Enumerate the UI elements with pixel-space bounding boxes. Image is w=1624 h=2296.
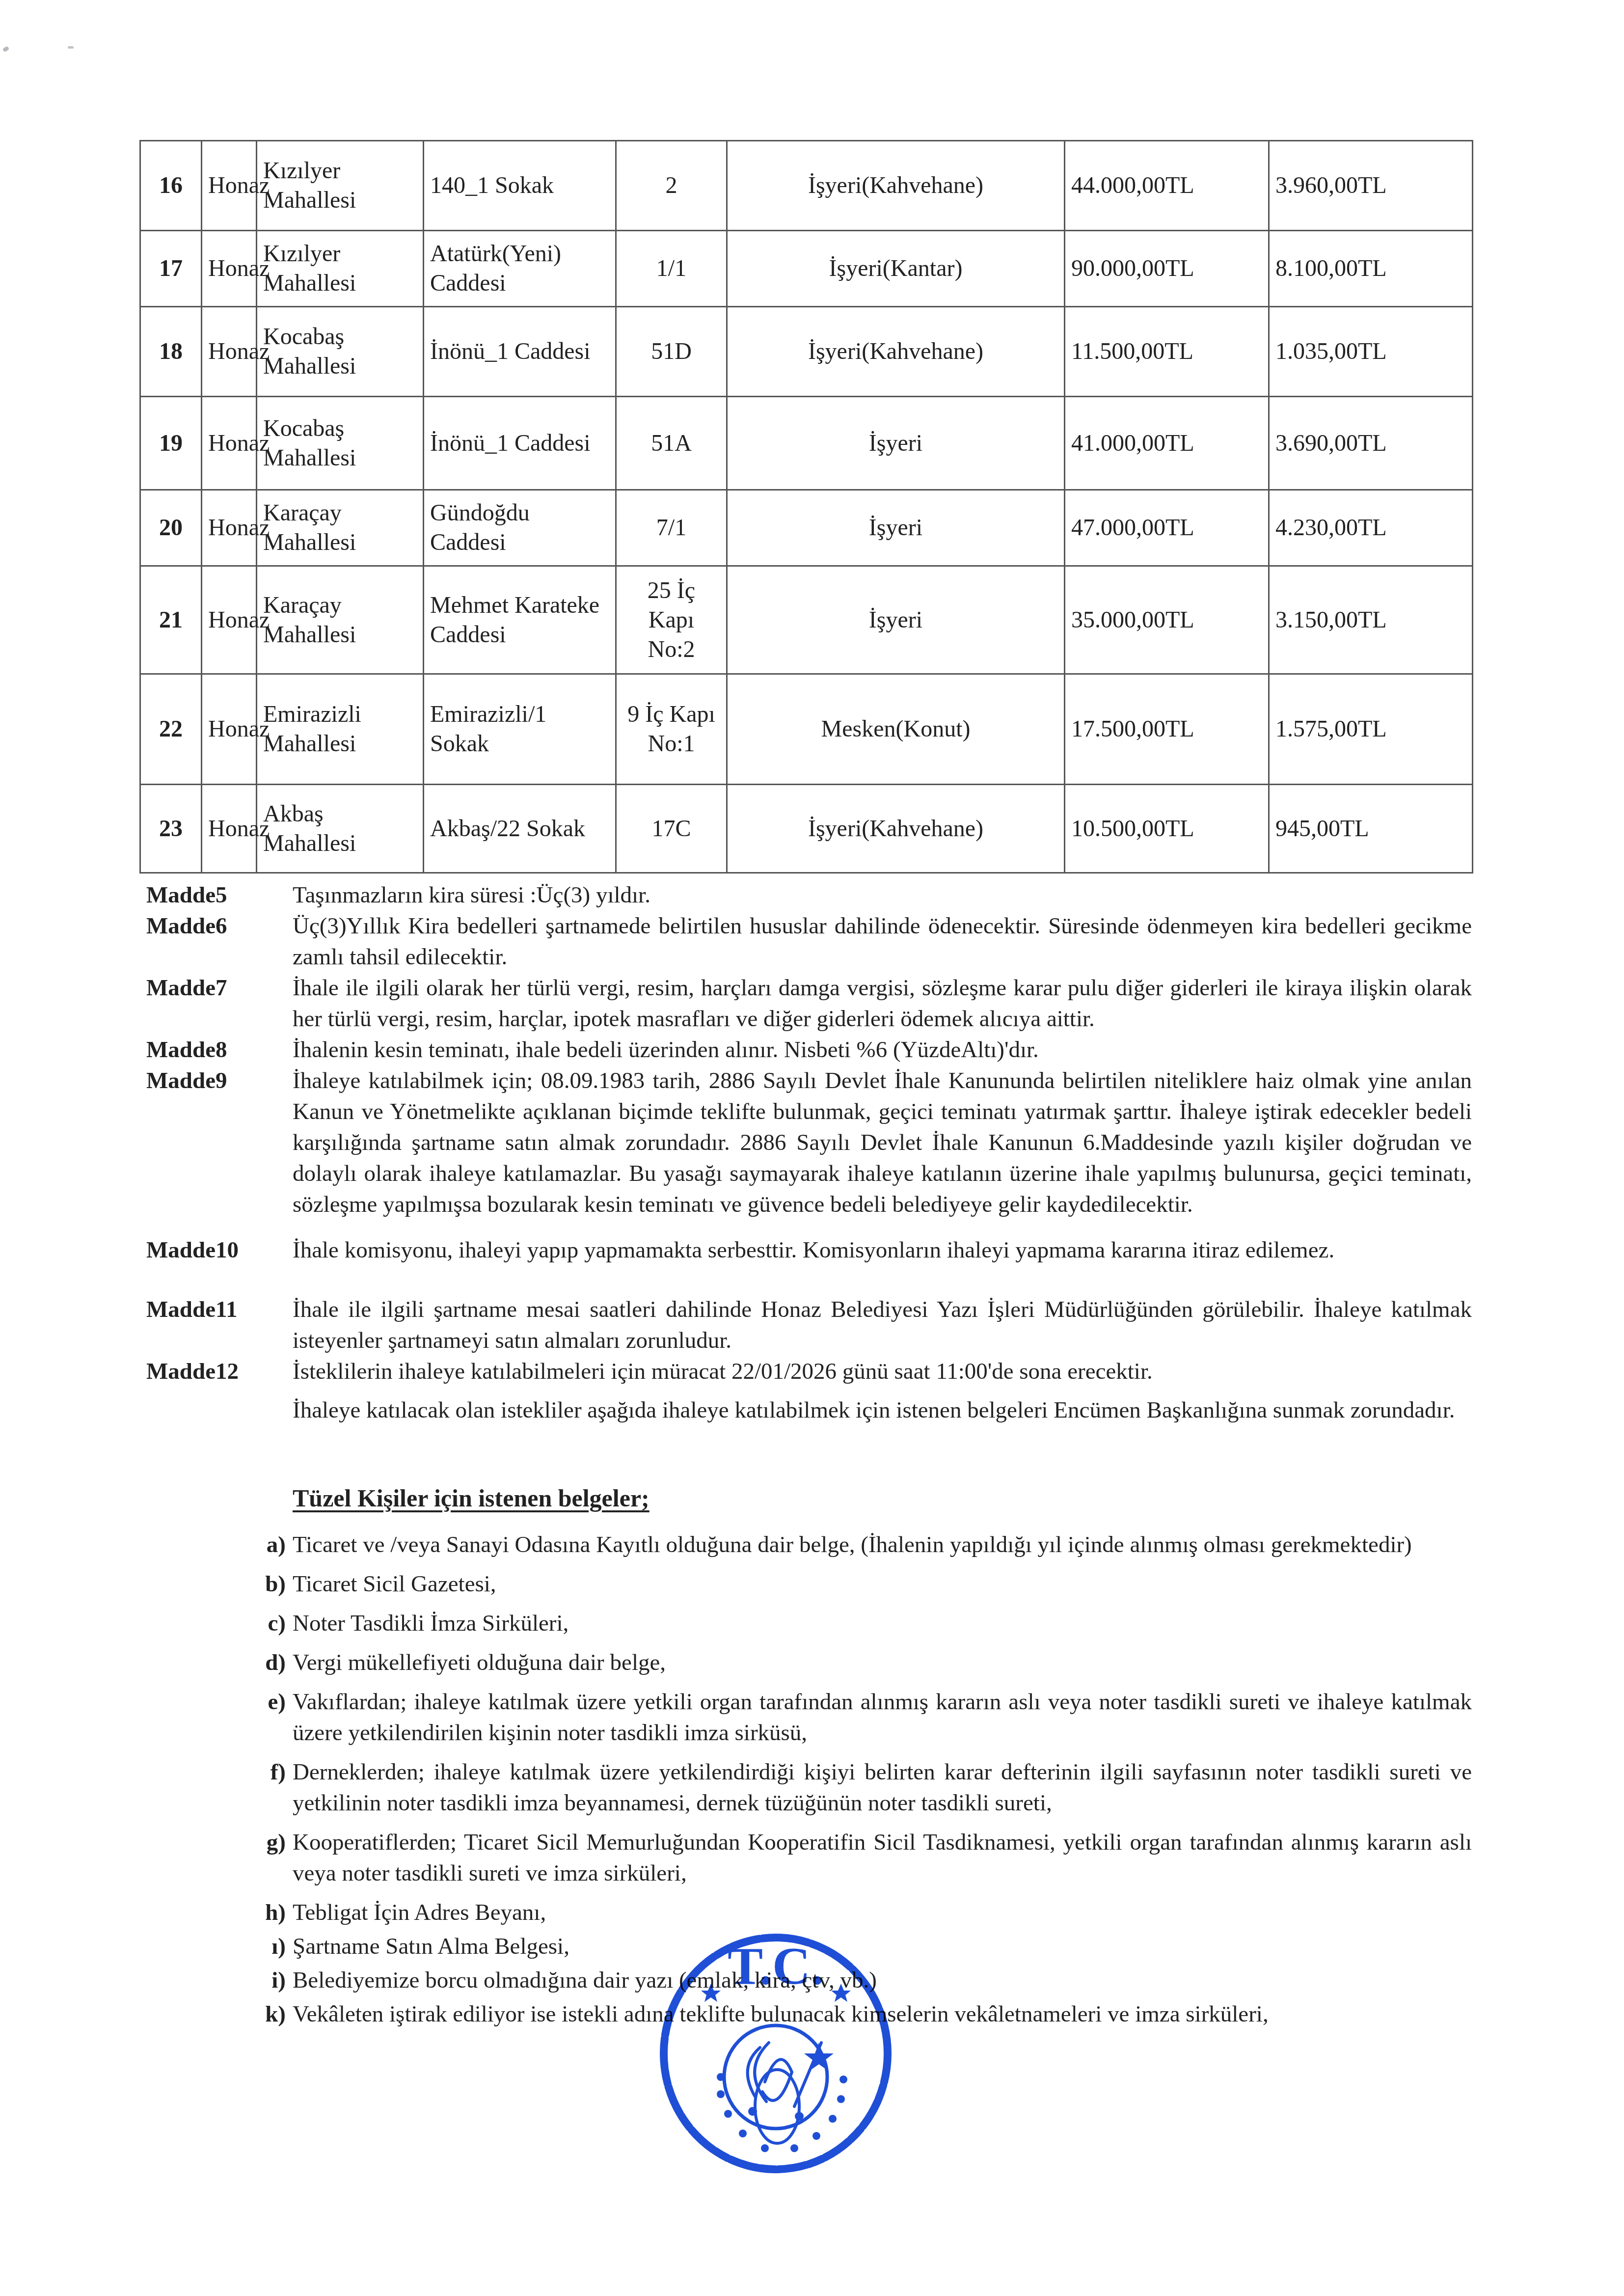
requirement-item: a)Ticaret ve /veya Sanayi Odasına Kayıtl… [236, 1530, 1472, 1560]
article-text: İsteklilerin ihaleye katılabilmeleri içi… [293, 1356, 1472, 1426]
article-label: Madde12 [146, 1356, 293, 1426]
requirement-text: Ticaret Sicil Gazetesi, [293, 1569, 1472, 1600]
property-table: 16HonazKızılyer Mahallesi140_1 Sokak2İşy… [139, 140, 1473, 874]
door-number-cell: 25 İç Kapı No:2 [616, 566, 727, 674]
neighborhood-cell: Karaçay Mahallesi [257, 566, 424, 674]
requirement-text: Ticaret ve /veya Sanayi Odasına Kayıtlı … [293, 1530, 1472, 1560]
district-cell: Honaz [202, 141, 257, 231]
neighborhood-cell: Kızılyer Mahallesi [257, 141, 424, 231]
district-cell: Honaz [202, 307, 257, 397]
requirement-item: c)Noter Tasdikli İmza Sirküleri, [236, 1608, 1472, 1639]
requirement-letter: f) [236, 1757, 293, 1819]
door-number-cell: 9 İç Kapı No:1 [616, 674, 727, 785]
deposit-cell: 945,00TL [1269, 785, 1473, 873]
row-number: 20 [140, 490, 202, 566]
article-label: Madde6 [146, 911, 293, 973]
district-cell: Honaz [202, 397, 257, 490]
street-cell: İnönü_1 Caddesi [424, 397, 616, 490]
table-row: 22HonazEmirazizli MahallesiEmirazizli/1 … [140, 674, 1473, 785]
scan-artifact [68, 46, 74, 49]
district-cell: Honaz [202, 674, 257, 785]
neighborhood-cell: Kocabaş Mahallesi [257, 397, 424, 490]
article-text: İhale komisyonu, ihaleyi yapıp yapmamakt… [293, 1235, 1472, 1266]
requirement-text: Vekâleten iştirak ediliyor ise istekli a… [293, 1999, 1472, 2030]
requirement-text: Noter Tasdikli İmza Sirküleri, [293, 1608, 1472, 1639]
property-type-cell: İşyeri [727, 397, 1065, 490]
requirement-letter: g) [236, 1827, 293, 1889]
article-text: İhale ile ilgili olarak her türlü vergi,… [293, 973, 1472, 1035]
annual-rent-cell: 11.500,00TL [1065, 307, 1269, 397]
deposit-cell: 1.035,00TL [1269, 307, 1473, 397]
requirement-letter: d) [236, 1647, 293, 1678]
table-row: 23HonazAkbaş MahallesiAkbaş/22 Sokak17Cİ… [140, 785, 1473, 873]
table-row: 20HonazKaraçay MahallesiGündoğdu Caddesi… [140, 490, 1473, 566]
table-row: 21HonazKaraçay MahallesiMehmet Karateke … [140, 566, 1473, 674]
requirement-letter: e) [236, 1687, 293, 1749]
row-number: 19 [140, 397, 202, 490]
table-row: 16HonazKızılyer Mahallesi140_1 Sokak2İşy… [140, 141, 1473, 231]
article-item: Madde10İhale komisyonu, ihaleyi yapıp ya… [146, 1235, 1472, 1266]
deposit-cell: 3.690,00TL [1269, 397, 1473, 490]
table-row: 19HonazKocabaş Mahallesiİnönü_1 Caddesi5… [140, 397, 1473, 490]
requirement-letter: k) [236, 1999, 293, 2030]
deposit-cell: 3.150,00TL [1269, 566, 1473, 674]
street-cell: Mehmet Karateke Caddesi [424, 566, 616, 674]
article-label: Madde8 [146, 1035, 293, 1066]
article-text: Üç(3)Yıllık Kira bedelleri şartnamede be… [293, 911, 1472, 973]
street-cell: 140_1 Sokak [424, 141, 616, 231]
door-number-cell: 51A [616, 397, 727, 490]
article-text: İhale ile ilgili şartname mesai saatleri… [293, 1294, 1472, 1356]
district-cell: Honaz [202, 231, 257, 307]
deposit-cell: 3.960,00TL [1269, 141, 1473, 231]
requirement-item: e)Vakıflardan; ihaleye katılmak üzere ye… [236, 1687, 1472, 1749]
table-row: 18HonazKocabaş Mahallesiİnönü_1 Caddesi5… [140, 307, 1473, 397]
article-paragraph: İhale komisyonu, ihaleyi yapıp yapmamakt… [293, 1235, 1472, 1266]
door-number-cell: 7/1 [616, 490, 727, 566]
property-type-cell: İşyeri(Kahvehane) [727, 785, 1065, 873]
document-page: 16HonazKızılyer Mahallesi140_1 Sokak2İşy… [0, 0, 1624, 2296]
requirement-text: Kooperatiflerden; Ticaret Sicil Memurluğ… [293, 1827, 1472, 1889]
requirement-letter: i) [236, 1965, 293, 1996]
article-label: Madde5 [146, 880, 293, 911]
neighborhood-cell: Akbaş Mahallesi [257, 785, 424, 873]
neighborhood-cell: Kızılyer Mahallesi [257, 231, 424, 307]
annual-rent-cell: 17.500,00TL [1065, 674, 1269, 785]
property-type-cell: İşyeri [727, 566, 1065, 674]
annual-rent-cell: 41.000,00TL [1065, 397, 1269, 490]
article-paragraph: İhale ile ilgili olarak her türlü vergi,… [293, 973, 1472, 1035]
article-paragraph: İhalenin kesin teminatı, ihale bedeli üz… [293, 1035, 1472, 1066]
article-label: Madde10 [146, 1235, 293, 1266]
scan-artifact [2, 46, 9, 53]
requirement-text: Derneklerden; ihaleye katılmak üzere yet… [293, 1757, 1472, 1819]
street-cell: Emirazizli/1 Sokak [424, 674, 616, 785]
requirement-item: f)Derneklerden; ihaleye katılmak üzere y… [236, 1757, 1472, 1819]
requirement-item: g)Kooperatiflerden; Ticaret Sicil Memurl… [236, 1827, 1472, 1889]
article-paragraph: İhaleye katılabilmek için; 08.09.1983 ta… [293, 1066, 1472, 1220]
article-paragraph: Taşınmazların kira süresi :Üç(3) yıldır. [293, 880, 1472, 911]
article-item: Madde6Üç(3)Yıllık Kira bedelleri şartnam… [146, 911, 1472, 973]
row-number: 16 [140, 141, 202, 231]
article-label: Madde11 [146, 1294, 293, 1356]
street-cell: Akbaş/22 Sokak [424, 785, 616, 873]
requirement-letter: ı) [236, 1931, 293, 1962]
requirements-list: a)Ticaret ve /veya Sanayi Odasına Kayıtl… [236, 1530, 1472, 2038]
property-type-cell: Mesken(Konut) [727, 674, 1065, 785]
door-number-cell: 51D [616, 307, 727, 397]
article-paragraph: Üç(3)Yıllık Kira bedelleri şartnamede be… [293, 911, 1472, 973]
row-number: 18 [140, 307, 202, 397]
article-text: İhalenin kesin teminatı, ihale bedeli üz… [293, 1035, 1472, 1066]
door-number-cell: 2 [616, 141, 727, 231]
article-item: Madde9İhaleye katılabilmek için; 08.09.1… [146, 1066, 1472, 1220]
property-type-cell: İşyeri [727, 490, 1065, 566]
annual-rent-cell: 44.000,00TL [1065, 141, 1269, 231]
article-item: Madde11İhale ile ilgili şartname mesai s… [146, 1294, 1472, 1356]
requirement-item: d)Vergi mükellefiyeti olduğuna dair belg… [236, 1647, 1472, 1678]
requirement-item: h)Tebligat İçin Adres Beyanı, [236, 1897, 1472, 1928]
row-number: 23 [140, 785, 202, 873]
district-cell: Honaz [202, 490, 257, 566]
row-number: 17 [140, 231, 202, 307]
property-type-cell: İşyeri(Kantar) [727, 231, 1065, 307]
requirement-item: b)Ticaret Sicil Gazetesi, [236, 1569, 1472, 1600]
district-cell: Honaz [202, 785, 257, 873]
article-item: Madde8İhalenin kesin teminatı, ihale bed… [146, 1035, 1472, 1066]
street-cell: Gündoğdu Caddesi [424, 490, 616, 566]
article-label: Madde9 [146, 1066, 293, 1220]
annual-rent-cell: 35.000,00TL [1065, 566, 1269, 674]
requirement-text: Tebligat İçin Adres Beyanı, [293, 1897, 1472, 1928]
article-label: Madde7 [146, 973, 293, 1035]
annual-rent-cell: 10.500,00TL [1065, 785, 1269, 873]
article-item: Madde12İsteklilerin ihaleye katılabilmel… [146, 1356, 1472, 1426]
annual-rent-cell: 90.000,00TL [1065, 231, 1269, 307]
annual-rent-cell: 47.000,00TL [1065, 490, 1269, 566]
deposit-cell: 1.575,00TL [1269, 674, 1473, 785]
requirement-text: Vakıflardan; ihaleye katılmak üzere yetk… [293, 1687, 1472, 1749]
requirement-item: ı)Şartname Satın Alma Belgesi, [236, 1931, 1472, 1962]
article-paragraph: İhaleye katılacak olan istekliler aşağıd… [293, 1395, 1472, 1426]
article-item: Madde7İhale ile ilgili olarak her türlü … [146, 973, 1472, 1035]
deposit-cell: 8.100,00TL [1269, 231, 1473, 307]
article-item: Madde5Taşınmazların kira süresi :Üç(3) y… [146, 880, 1472, 911]
neighborhood-cell: Karaçay Mahallesi [257, 490, 424, 566]
requirement-letter: c) [236, 1608, 293, 1639]
article-text: İhaleye katılabilmek için; 08.09.1983 ta… [293, 1066, 1472, 1220]
article-paragraph: İhale ile ilgili şartname mesai saatleri… [293, 1294, 1472, 1356]
row-number: 22 [140, 674, 202, 785]
property-type-cell: İşyeri(Kahvehane) [727, 307, 1065, 397]
requirement-letter: h) [236, 1897, 293, 1928]
articles-section: Madde5Taşınmazların kira süresi :Üç(3) y… [146, 880, 1472, 1426]
street-cell: Atatürk(Yeni) Caddesi [424, 231, 616, 307]
requirement-text: Belediyemize borcu olmadığına dair yazı … [293, 1965, 1472, 1996]
row-number: 21 [140, 566, 202, 674]
requirement-text: Vergi mükellefiyeti olduğuna dair belge, [293, 1647, 1472, 1678]
street-cell: İnönü_1 Caddesi [424, 307, 616, 397]
requirement-item: i)Belediyemize borcu olmadığına dair yaz… [236, 1965, 1472, 1996]
requirement-letter: a) [236, 1530, 293, 1560]
deposit-cell: 4.230,00TL [1269, 490, 1473, 566]
neighborhood-cell: Kocabaş Mahallesi [257, 307, 424, 397]
article-paragraph: İsteklilerin ihaleye katılabilmeleri içi… [293, 1356, 1472, 1387]
requirements-title: Tüzel Kişiler için istenen belgeler; [293, 1484, 650, 1512]
district-cell: Honaz [202, 566, 257, 674]
requirement-letter: b) [236, 1569, 293, 1600]
door-number-cell: 1/1 [616, 231, 727, 307]
requirement-text: Şartname Satın Alma Belgesi, [293, 1931, 1472, 1962]
requirement-item: k)Vekâleten iştirak ediliyor ise istekli… [236, 1999, 1472, 2030]
table-row: 17HonazKızılyer MahallesiAtatürk(Yeni) C… [140, 231, 1473, 307]
article-text: Taşınmazların kira süresi :Üç(3) yıldır. [293, 880, 1472, 911]
neighborhood-cell: Emirazizli Mahallesi [257, 674, 424, 785]
door-number-cell: 17C [616, 785, 727, 873]
property-type-cell: İşyeri(Kahvehane) [727, 141, 1065, 231]
